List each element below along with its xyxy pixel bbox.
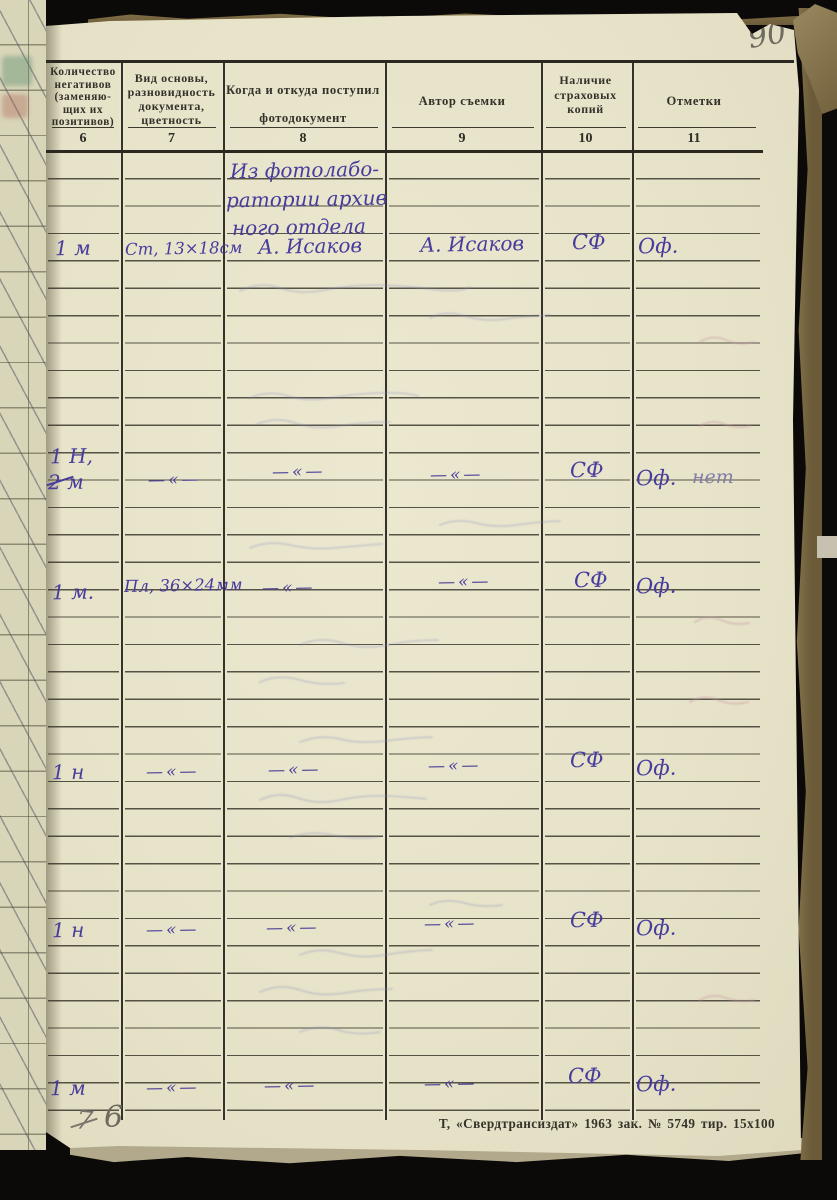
facing-page-rule-line [28, 0, 29, 1150]
entry5-insurance: СФ [570, 908, 604, 933]
foliation-current: 6 [104, 1100, 123, 1135]
entry4-marks: Оф. [636, 756, 677, 781]
stamp-remnant-green [2, 56, 32, 86]
entry1-received: А. Исаков [258, 233, 362, 259]
entry2-author-ditto: —«— [430, 465, 484, 486]
entry6-received-ditto: —«— [264, 1076, 318, 1097]
entry4-author-ditto: —«— [428, 756, 482, 777]
source-note-line2: ратории архив [226, 186, 388, 213]
entry5-received-ditto: —«— [266, 918, 320, 939]
entry5-marks: Оф. [636, 916, 677, 941]
entry4-base-ditto: —«— [146, 762, 200, 783]
entry2-insurance: СФ [570, 458, 604, 483]
entry5-base-ditto: —«— [146, 920, 200, 941]
entry3-received-ditto: —«— [262, 578, 316, 599]
entry1-quantity: 1 м [55, 236, 91, 261]
entry3-base: Пл, 36×24мм [124, 575, 243, 596]
entry2-base-ditto: —«— [148, 470, 202, 491]
entry6-base-ditto: —«— [146, 1078, 200, 1099]
entry6-marks: Оф. [636, 1072, 677, 1097]
entry6-quantity: 1 м [50, 1076, 86, 1101]
entry6-author-ditto: —«— [424, 1074, 478, 1095]
entry1-marks: Оф. [638, 234, 679, 259]
bookmark-tab [817, 536, 837, 558]
entry1-insurance: СФ [572, 230, 606, 255]
entry2-marks: Оф. [636, 466, 677, 491]
scanned-ledger-page: Количество негативов (заменяю- щих их по… [0, 0, 837, 1200]
printer-imprint: Т, «Свердтрансиздат» 1963 зак. № 5749 ти… [430, 1116, 775, 1132]
entry5-quantity: 1 н [52, 918, 85, 943]
bleed-through-decoration [0, 0, 837, 1200]
entry3-marks: Оф. [636, 574, 677, 599]
entry3-quantity: 1 м. [52, 580, 94, 605]
entry2-quantity-line1: 1 Н, [50, 444, 93, 469]
entry3-insurance: СФ [574, 568, 608, 593]
source-note-line1: Из фотолабо- [230, 157, 379, 184]
entry2-pencil-note: нет [692, 466, 734, 488]
entry3-author-ditto: —«— [438, 572, 492, 593]
entry4-insurance: СФ [570, 748, 604, 773]
entry4-received-ditto: —«— [268, 760, 322, 781]
entry5-author-ditto: —«— [424, 914, 478, 935]
facing-page-edge [0, 0, 46, 1150]
stamp-remnant-red [2, 94, 28, 118]
ledger-page: Количество негативов (заменяю- щих их по… [0, 0, 837, 1200]
entry1-author: А. Исаков [420, 231, 524, 257]
entry4-quantity: 1 н [52, 760, 85, 785]
entry1-base: Ст, 13×18см [125, 238, 243, 259]
entry6-insurance: СФ [568, 1064, 602, 1089]
entry2-received-ditto: —«— [272, 462, 326, 483]
